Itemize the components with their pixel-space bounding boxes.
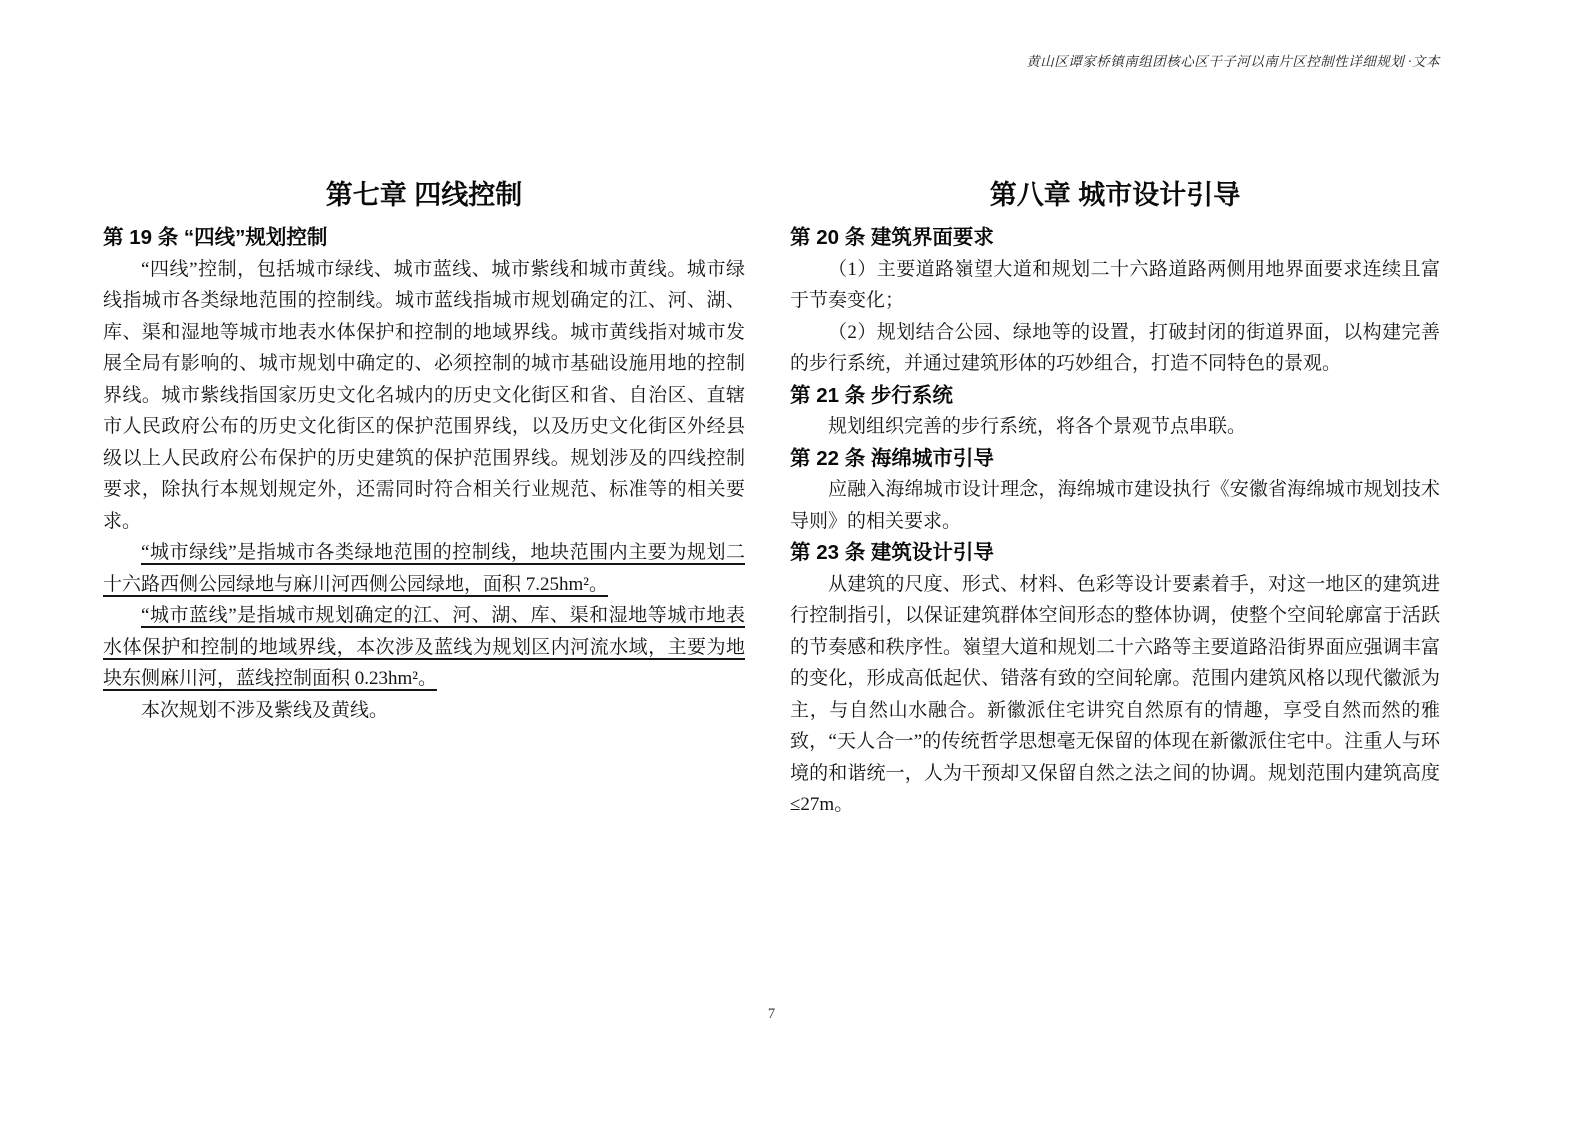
two-column-layout: 第七章 四线控制 第 19 条 “四线”规划控制 “四线”控制，包括城市绿线、城… (103, 176, 1440, 821)
document-page: 黄山区谭家桥镇南组团核心区干子河以南片区控制性详细规划 ·文本 第七章 四线控制… (0, 0, 1587, 1122)
right-column-chapter-8: 第八章 城市设计引导 第 20 条 建筑界面要求 （1）主要道路嶺望大道和规划二… (790, 176, 1440, 821)
article-19-paragraph-green-line-underlined: “城市绿线”是指城市各类绿地范围的控制线，地块范围内主要为规划二十六路西侧公园绿… (103, 537, 745, 600)
article-20-paragraph-2: （2）规划结合公园、绿地等的设置，打破封闭的街道界面，以构建完善的步行系统，并通… (790, 317, 1440, 380)
article-19-heading: 第 19 条 “四线”规划控制 (103, 222, 745, 254)
running-header: 黄山区谭家桥镇南组团核心区干子河以南片区控制性详细规划 ·文本 (103, 50, 1440, 70)
article-20-paragraph-1: （1）主要道路嶺望大道和规划二十六路道路两侧用地界面要求连续且富于节奏变化； (790, 254, 1440, 317)
article-19-paragraph-4: 本次规划不涉及紫线及黄线。 (103, 695, 745, 727)
chapter-8-title: 第八章 城市设计引导 (790, 176, 1440, 214)
article-19-paragraph-blue-line-underlined: “城市蓝线”是指城市规划确定的江、河、湖、库、渠和湿地等城市地表水体保护和控制的… (103, 600, 745, 695)
left-column-chapter-7: 第七章 四线控制 第 19 条 “四线”规划控制 “四线”控制，包括城市绿线、城… (103, 176, 745, 821)
article-21-heading: 第 21 条 步行系统 (790, 380, 1440, 412)
article-23-heading: 第 23 条 建筑设计引导 (790, 537, 1440, 569)
article-21-paragraph-1: 规划组织完善的步行系统，将各个景观节点串联。 (790, 411, 1440, 443)
chapter-7-title: 第七章 四线控制 (103, 176, 745, 214)
article-22-heading: 第 22 条 海绵城市引导 (790, 443, 1440, 475)
article-20-heading: 第 20 条 建筑界面要求 (790, 222, 1440, 254)
article-19-paragraph-1: “四线”控制，包括城市绿线、城市蓝线、城市紫线和城市黄线。城市绿线指城市各类绿地… (103, 254, 745, 538)
article-23-paragraph-1: 从建筑的尺度、形式、材料、色彩等设计要素着手，对这一地区的建筑进行控制指引，以保… (790, 569, 1440, 821)
page-number: 7 (103, 1006, 1440, 1023)
article-22-paragraph-1: 应融入海绵城市设计理念，海绵城市建设执行《安徽省海绵城市规划技术导则》的相关要求… (790, 474, 1440, 537)
